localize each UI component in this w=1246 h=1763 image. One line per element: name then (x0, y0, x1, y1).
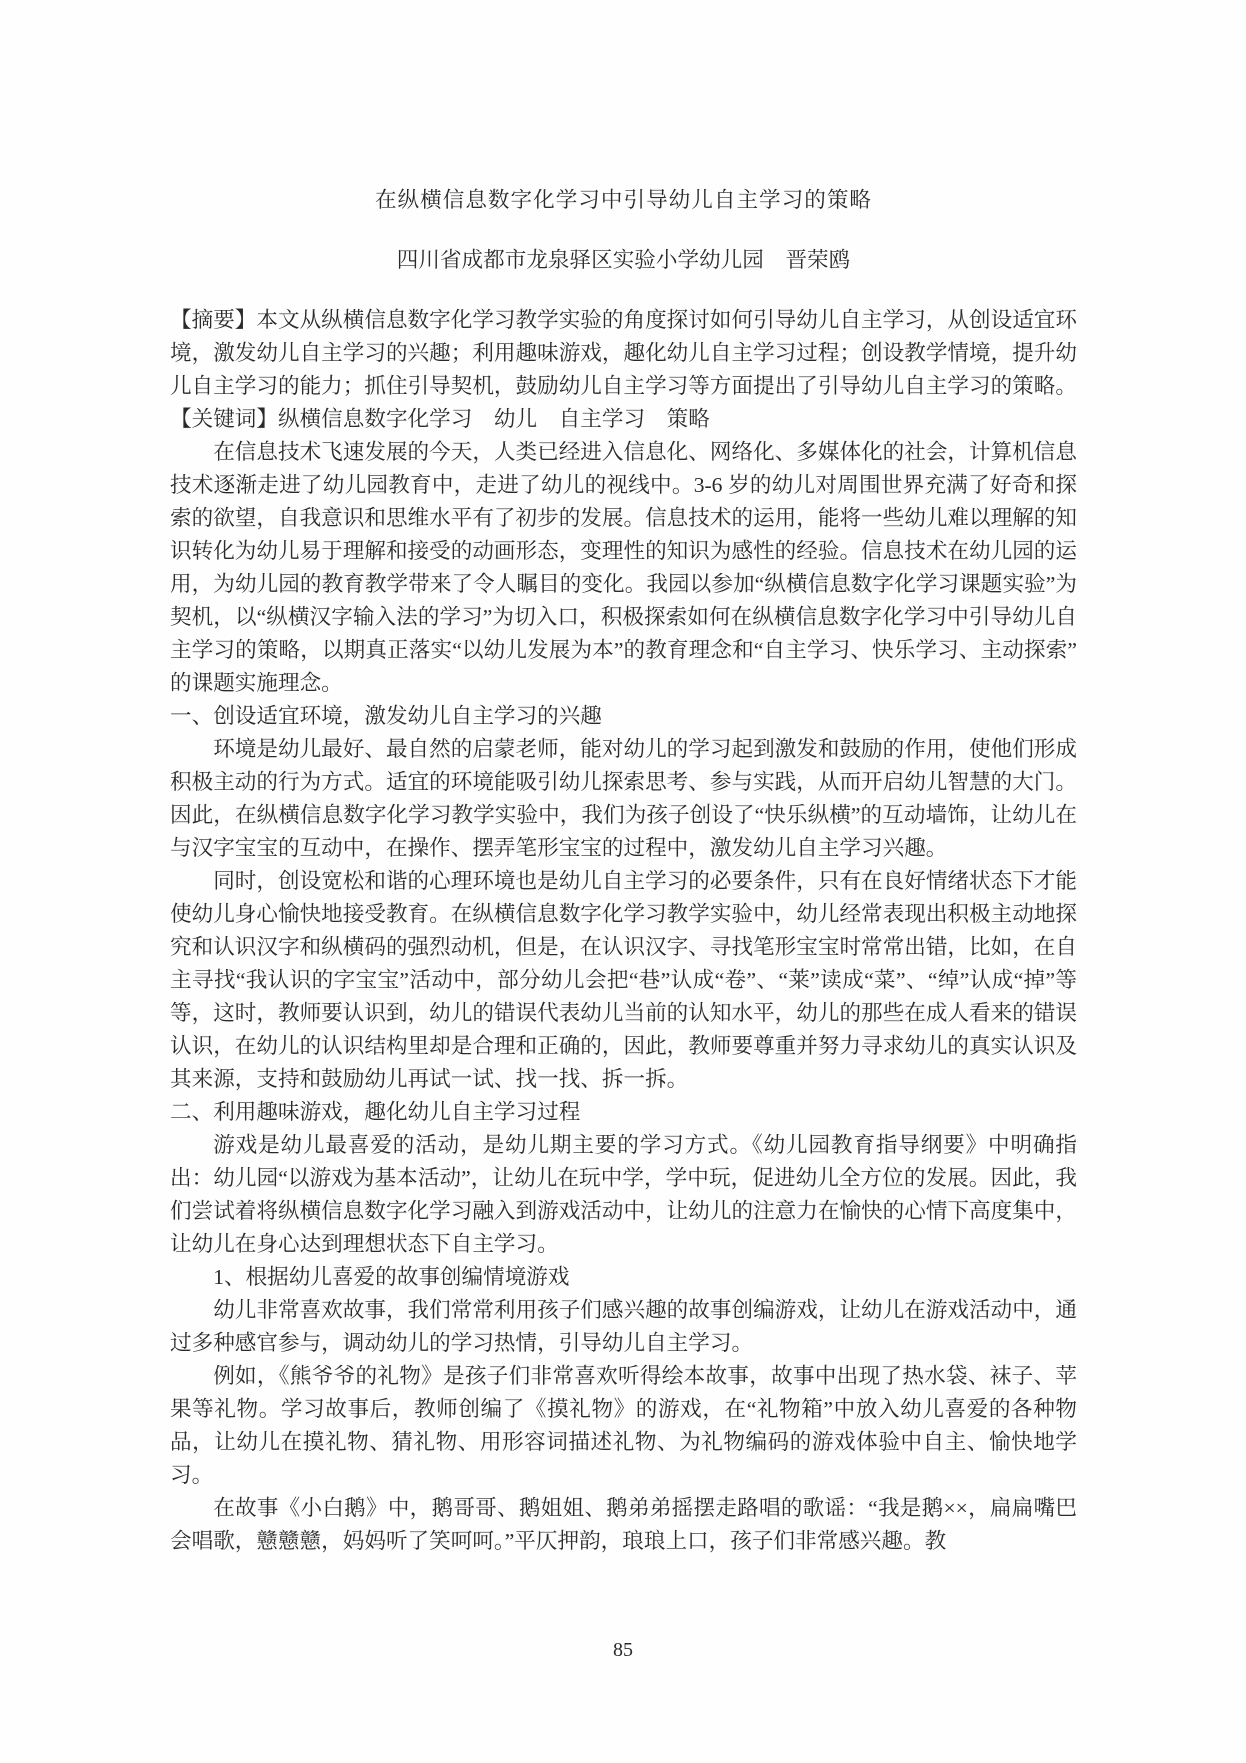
document-body: 【摘要】本文从纵横信息数字化学习教学实验的角度探讨如何引导幼儿自主学习，从创设适… (170, 304, 1077, 1558)
section-2-subheading-1: 1、根据幼儿喜爱的故事创编情境游戏 (170, 1261, 1077, 1294)
section-2-paragraph-2: 幼儿非常喜欢故事，我们常常利用孩子们感兴趣的故事创编游戏，让幼儿在游戏活动中，通… (170, 1294, 1077, 1360)
keywords-label: 【关键词】 (170, 407, 278, 431)
document-page: 在纵横信息数字化学习中引导幼儿自主学习的策略 四川省成都市龙泉驿区实验小学幼儿园… (0, 0, 1246, 1763)
abstract-text: 本文从纵横信息数字化学习教学实验的角度探讨如何引导幼儿自主学习，从创设适宜环境，… (170, 308, 1077, 398)
section-2-paragraph-3: 例如，《熊爷爷的礼物》是孩子们非常喜欢听得绘本故事，故事中出现了热水袋、袜子、苹… (170, 1360, 1077, 1492)
abstract-label: 【摘要】 (170, 308, 256, 332)
abstract-paragraph: 【摘要】本文从纵横信息数字化学习教学实验的角度探讨如何引导幼儿自主学习，从创设适… (170, 304, 1077, 403)
section-1-paragraph-2: 同时，创设宽松和谐的心理环境也是幼儿自主学习的必要条件，只有在良好情绪状态下才能… (170, 865, 1077, 1096)
keywords-paragraph: 【关键词】纵横信息数字化学习 幼儿 自主学习 策略 (170, 403, 1077, 436)
page-number: 85 (0, 1634, 1246, 1667)
page-title: 在纵横信息数字化学习中引导幼儿自主学习的策略 (170, 184, 1077, 217)
section-2-paragraph-1: 游戏是幼儿最喜爱的活动，是幼儿期主要的学习方式。《幼儿园教育指导纲要》中明确指出… (170, 1129, 1077, 1261)
section-1-heading: 一、创设适宜环境，激发幼儿自主学习的兴趣 (170, 700, 1077, 733)
intro-paragraph: 在信息技术飞速发展的今天，人类已经进入信息化、网络化、多媒体化的社会，计算机信息… (170, 436, 1077, 700)
section-2-paragraph-4: 在故事《小白鹅》中，鹅哥哥、鹅姐姐、鹅弟弟摇摆走路唱的歌谣：“我是鹅××，扁扁嘴… (170, 1492, 1077, 1558)
section-2-heading: 二、利用趣味游戏，趣化幼儿自主学习过程 (170, 1096, 1077, 1129)
section-1-paragraph-1: 环境是幼儿最好、最自然的启蒙老师，能对幼儿的学习起到激发和鼓励的作用，使他们形成… (170, 733, 1077, 865)
author-line: 四川省成都市龙泉驿区实验小学幼儿园 晋荣鸥 (170, 244, 1077, 277)
keywords-text: 纵横信息数字化学习 幼儿 自主学习 策略 (278, 407, 710, 431)
